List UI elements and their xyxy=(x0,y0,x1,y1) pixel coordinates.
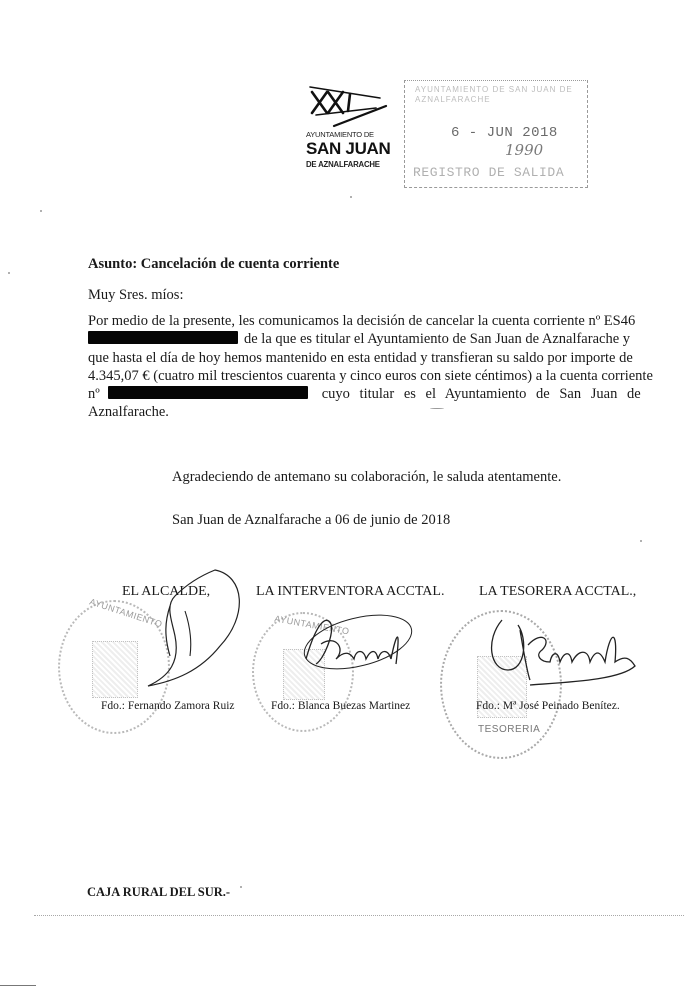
paragraph-line: 4.345,07 € (cuatro mil trescientos cuare… xyxy=(88,367,678,385)
paragraph-line: Por medio de la presente, les comunicamo… xyxy=(88,312,678,330)
stamp-number: 1990 xyxy=(505,141,543,159)
paragraph-line: de la que es titular el Ayuntamiento de … xyxy=(88,330,678,348)
recipient-bank: CAJA RURAL DEL SUR.- xyxy=(87,885,230,900)
signatory-role: LA TESORERA ACCTAL., xyxy=(479,584,636,600)
org-name-line3: DE AZNALFARACHE xyxy=(306,160,396,169)
org-name-line2: SAN JUAN xyxy=(306,139,396,159)
letterhead-logo: AYUNTAMIENTO DE SAN JUAN DE AZNALFARACHE xyxy=(306,78,390,188)
stamp-label: REGISTRO DE SALIDA xyxy=(413,165,564,180)
handwritten-signature-icon xyxy=(480,600,660,700)
paragraph-line: Aznalfarache. xyxy=(88,403,678,421)
signer-name: Fdo.: Fernando Zamora Ruiz xyxy=(101,700,235,712)
scan-speck xyxy=(240,886,242,888)
letter-paragraph: Por medio de la presente, les comunicamo… xyxy=(88,312,678,422)
redacted-account-number xyxy=(108,386,308,399)
line-text: cuyo titular es el Ayuntamiento de San J… xyxy=(322,386,641,402)
scan-corner-mark xyxy=(0,985,36,986)
handwritten-signature-icon xyxy=(120,566,260,706)
line-text: nº xyxy=(88,386,100,402)
line-text: de la que es titular el Ayuntamiento de … xyxy=(244,331,630,347)
line-text: que hasta el día de hoy hemos mantenido … xyxy=(88,350,633,366)
registry-stamp: AYUNTAMIENTO DE SAN JUAN DE AZNALFARACHE… xyxy=(404,80,588,188)
scan-speck xyxy=(350,196,352,198)
scan-speck xyxy=(640,540,642,542)
letter-place-date: San Juan de Aznalfarache a 06 de junio d… xyxy=(172,512,450,529)
line-text: Por medio de la presente, les comunicamo… xyxy=(88,313,635,329)
line-text: 4.345,07 € (cuatro mil trescientos cuare… xyxy=(88,368,653,384)
scan-speck xyxy=(430,408,444,409)
stamp-date: 6 - JUN 2018 xyxy=(451,125,558,141)
scan-speck xyxy=(40,210,42,212)
letter-subject: Asunto: Cancelación de cuenta corriente xyxy=(88,256,339,273)
letter-closing: Agradeciendo de antemano su colaboración… xyxy=(172,469,561,486)
xxi-bridge-logo-icon xyxy=(306,78,396,133)
line-text: Aznalfarache. xyxy=(88,404,169,420)
scan-speck xyxy=(8,272,10,274)
redacted-account-number xyxy=(88,331,238,344)
letter-greeting: Muy Sres. míos: xyxy=(88,287,183,304)
org-name-line1: AYUNTAMIENTO DE xyxy=(306,130,390,139)
stamp-header: AYUNTAMIENTO DE SAN JUAN DE AZNALFARACHE xyxy=(415,85,580,105)
paragraph-line: que hasta el día de hoy hemos mantenido … xyxy=(88,349,678,367)
seal-caption: TESORERIA xyxy=(478,724,540,735)
signer-name: Fdo.: Blanca Buezas Martinez xyxy=(271,700,410,712)
signer-name: Fdo.: Mª José Peinado Benítez. xyxy=(476,700,620,712)
paragraph-line: nºcuyo titular es el Ayuntamiento de San… xyxy=(88,385,678,403)
handwritten-signature-icon xyxy=(296,604,416,684)
signatory-role: LA INTERVENTORA ACCTAL. xyxy=(256,584,444,600)
scan-dotted-line xyxy=(34,915,684,916)
